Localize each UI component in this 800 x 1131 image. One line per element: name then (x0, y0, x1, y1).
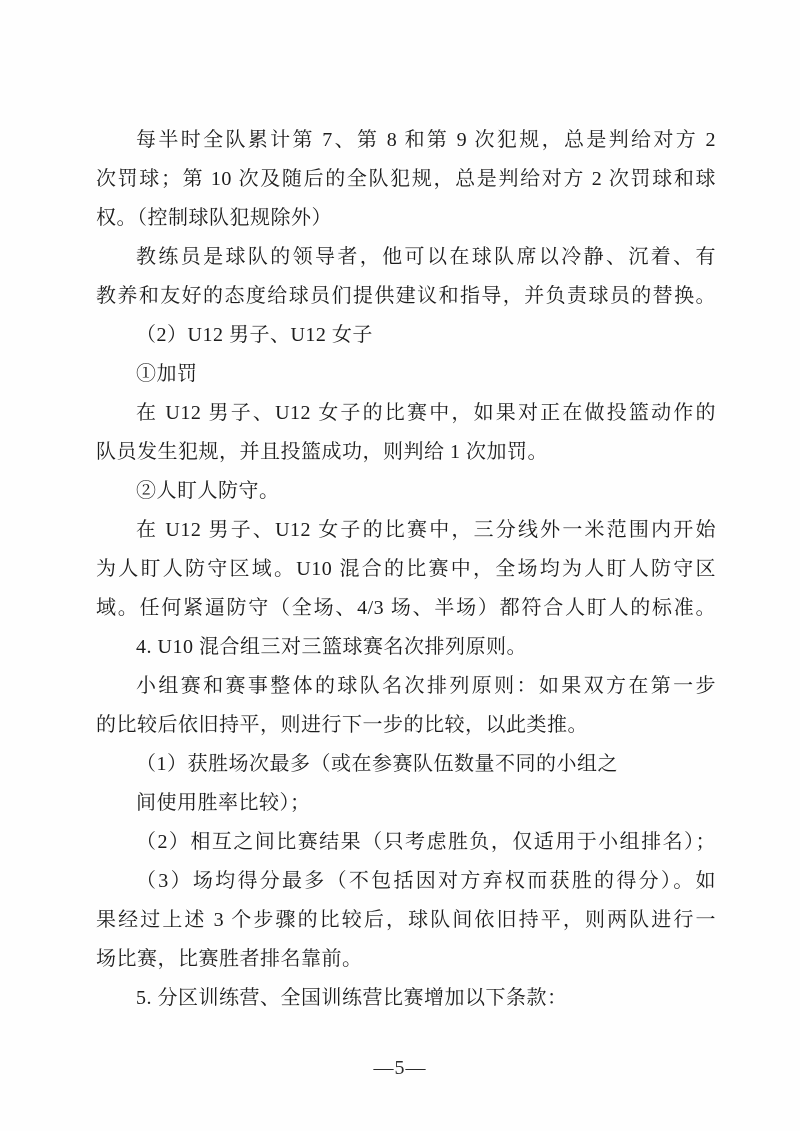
text-line-11: 在 U12 男子、U12 女子的比赛中，三分线外一米范围内开始 (96, 511, 716, 550)
text-line-2: 次罚球；第 10 次及随后的全队犯规，总是判给对方 2 次罚球和球 (96, 160, 716, 199)
text-line-1: 每半时全队累计第 7、第 8 和第 9 次犯规，总是判给对方 2 (96, 121, 716, 160)
text-line-16: 的比较后依旧持平，则进行下一步的比较，以此类推。 (96, 706, 716, 745)
text-line-21: 果经过上述 3 个步骤的比较后，球队间依旧持平，则两队进行一 (96, 901, 716, 940)
text-line-6: （2）U12 男子、U12 女子 (96, 316, 716, 355)
text-line-9: 队员发生犯规，并且投篮成功，则判给 1 次加罚。 (96, 433, 716, 472)
text-line-14: 4. U10 混合组三对三篮球赛名次排列原则。 (96, 628, 716, 667)
text-line-19: （2）相互之间比赛结果（只考虑胜负，仅适用于小组排名）； (96, 823, 716, 862)
page-number: —5— (0, 1057, 800, 1080)
text-line-8: 在 U12 男子、U12 女子的比赛中，如果对正在做投篮动作的 (96, 394, 716, 433)
text-line-23: 5. 分区训练营、全国训练营比赛增加以下条款： (96, 979, 716, 1018)
text-line-10: ②人盯人防守。 (96, 472, 716, 511)
text-line-4: 教练员是球队的领导者，他可以在球队席以冷静、沉着、有 (96, 238, 716, 277)
text-line-3: 权。（控制球队犯规除外） (96, 199, 716, 238)
text-line-15: 小组赛和赛事整体的球队名次排列原则：如果双方在第一步 (96, 667, 716, 706)
text-line-13: 域。任何紧逼防守（全场、4/3 场、半场）都符合人盯人的标准。 (96, 589, 716, 628)
text-line-22: 场比赛，比赛胜者排名靠前。 (96, 940, 716, 979)
text-line-17: （1）获胜场次最多（或在参赛队伍数量不同的小组之 (96, 745, 716, 784)
document-page: 每半时全队累计第 7、第 8 和第 9 次犯规，总是判给对方 2次罚球；第 10… (0, 0, 800, 1131)
document-body: 每半时全队累计第 7、第 8 和第 9 次犯规，总是判给对方 2次罚球；第 10… (96, 121, 716, 1018)
text-line-7: ①加罚 (96, 355, 716, 394)
text-line-18: 间使用胜率比较）； (96, 784, 716, 823)
text-line-5: 教养和友好的态度给球员们提供建议和指导，并负责球员的替换。 (96, 277, 716, 316)
text-line-12: 为人盯人防守区域。U10 混合的比赛中，全场均为人盯人防守区 (96, 550, 716, 589)
text-line-20: （3）场均得分最多（不包括因对方弃权而获胜的得分）。如 (96, 862, 716, 901)
